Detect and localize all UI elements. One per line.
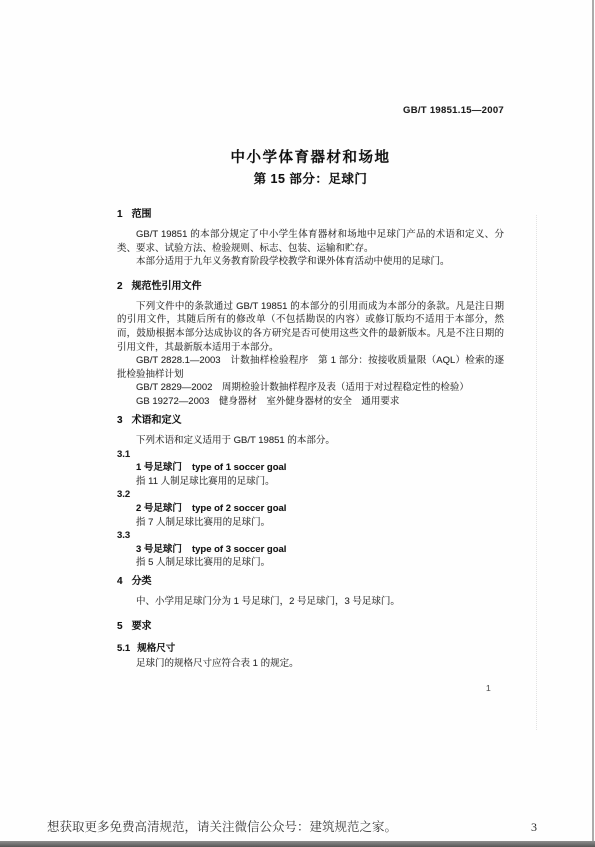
term-item: 3.2 2 号足球门type of 2 soccer goal 指 7 人制足球…: [117, 488, 504, 529]
section-number: 4: [117, 576, 123, 587]
term-number: 3.3: [117, 529, 504, 543]
section-title: 要求: [132, 621, 152, 632]
term-name: 2 号足球门type of 2 soccer goal: [117, 502, 504, 516]
paragraph: GB/T 19851 的本部分规定了中小学生体育器材和场地中足球门产品的术语和定…: [117, 228, 504, 255]
scan-fold-dotted-line: [536, 215, 537, 730]
footer-page-number: 3: [531, 820, 537, 835]
section-number: 1: [117, 209, 123, 220]
term-name-en: type of 1 soccer goal: [192, 462, 287, 473]
term-name-en: type of 2 soccer goal: [192, 503, 287, 514]
section-title: 分类: [132, 576, 152, 587]
doc-subtitle: 第 15 部分：足球门: [117, 172, 504, 186]
paragraph: 下列术语和定义适用于 GB/T 19851 的本部分。: [117, 434, 504, 448]
term-definition: 指 7 人制足球比赛用的足球门。: [117, 516, 504, 530]
term-item: 3.1 1 号足球门type of 1 soccer goal 指 11 人制足…: [117, 448, 504, 489]
paragraph: 本部分适用于九年义务教育阶段学校教学和课外体育活动中使用的足球门。: [117, 255, 504, 269]
reference-item: GB/T 2829—2002 周期检验计数抽样程序及表（适用于对过程稳定性的检验…: [117, 381, 504, 395]
scan-edge-line: [592, 0, 594, 841]
reference-item: GB/T 2828.1—2003 计数抽样检验程序 第 1 部分：按接收质量限（…: [117, 354, 504, 381]
section-heading-terms: 3术语和定义: [117, 415, 504, 426]
section-heading-normative-refs: 2规范性引用文件: [117, 281, 504, 292]
section-heading-classification: 4分类: [117, 576, 504, 587]
term-definition: 指 5 人制足球比赛用的足球门。: [117, 556, 504, 570]
term-definition: 指 11 人制足球比赛用的足球门。: [117, 475, 504, 489]
subsection-heading-dimensions: 5.1规格尺寸: [117, 643, 504, 654]
section-number: 3: [117, 415, 123, 426]
paragraph: 下列文件中的条款通过 GB/T 19851 的本部分的引用而成为本部分的条款。凡…: [117, 300, 504, 354]
section-title: 范围: [132, 209, 152, 220]
section-number: 2: [117, 281, 123, 292]
section-heading-scope: 1范围: [117, 209, 504, 220]
reference-item: GB 19272—2003 健身器材 室外健身器材的安全 通用要求: [117, 395, 504, 409]
term-name-en: type of 3 soccer goal: [192, 544, 287, 555]
term-item: 3.3 3 号足球门type of 3 soccer goal 指 5 人制足球…: [117, 529, 504, 570]
term-name: 3 号足球门type of 3 soccer goal: [117, 543, 504, 557]
doc-title: 中小学体育器材和场地: [117, 150, 504, 167]
subsection-title: 规格尺寸: [137, 643, 175, 654]
term-name-zh: 1 号足球门: [136, 462, 182, 473]
term-number: 3.1: [117, 448, 504, 462]
term-name: 1 号足球门type of 1 soccer goal: [117, 461, 504, 475]
term-number: 3.2: [117, 488, 504, 502]
section-title: 术语和定义: [132, 415, 182, 426]
paragraph: 中、小学用足球门分为 1 号足球门，2 号足球门，3 号足球门。: [117, 595, 504, 609]
doc-code: GB/T 19851.15—2007: [117, 105, 504, 116]
scan-page-number: 1: [486, 683, 491, 693]
section-heading-requirements: 5要求: [117, 621, 504, 632]
section-number: 5: [117, 621, 123, 632]
paragraph: 足球门的规格尺寸应符合表 1 的规定。: [117, 657, 504, 671]
footer-note: 想获取更多免费高清规范，请关注微信公众号：建筑规范之家。: [47, 819, 397, 835]
scanned-document-page: GB/T 19851.15—2007 中小学体育器材和场地 第 15 部分：足球…: [0, 0, 595, 847]
bottom-scan-bar: [0, 841, 595, 847]
term-name-zh: 2 号足球门: [136, 503, 182, 514]
subsection-number: 5.1: [117, 643, 130, 654]
section-title: 规范性引用文件: [132, 281, 202, 292]
term-name-zh: 3 号足球门: [136, 544, 182, 555]
